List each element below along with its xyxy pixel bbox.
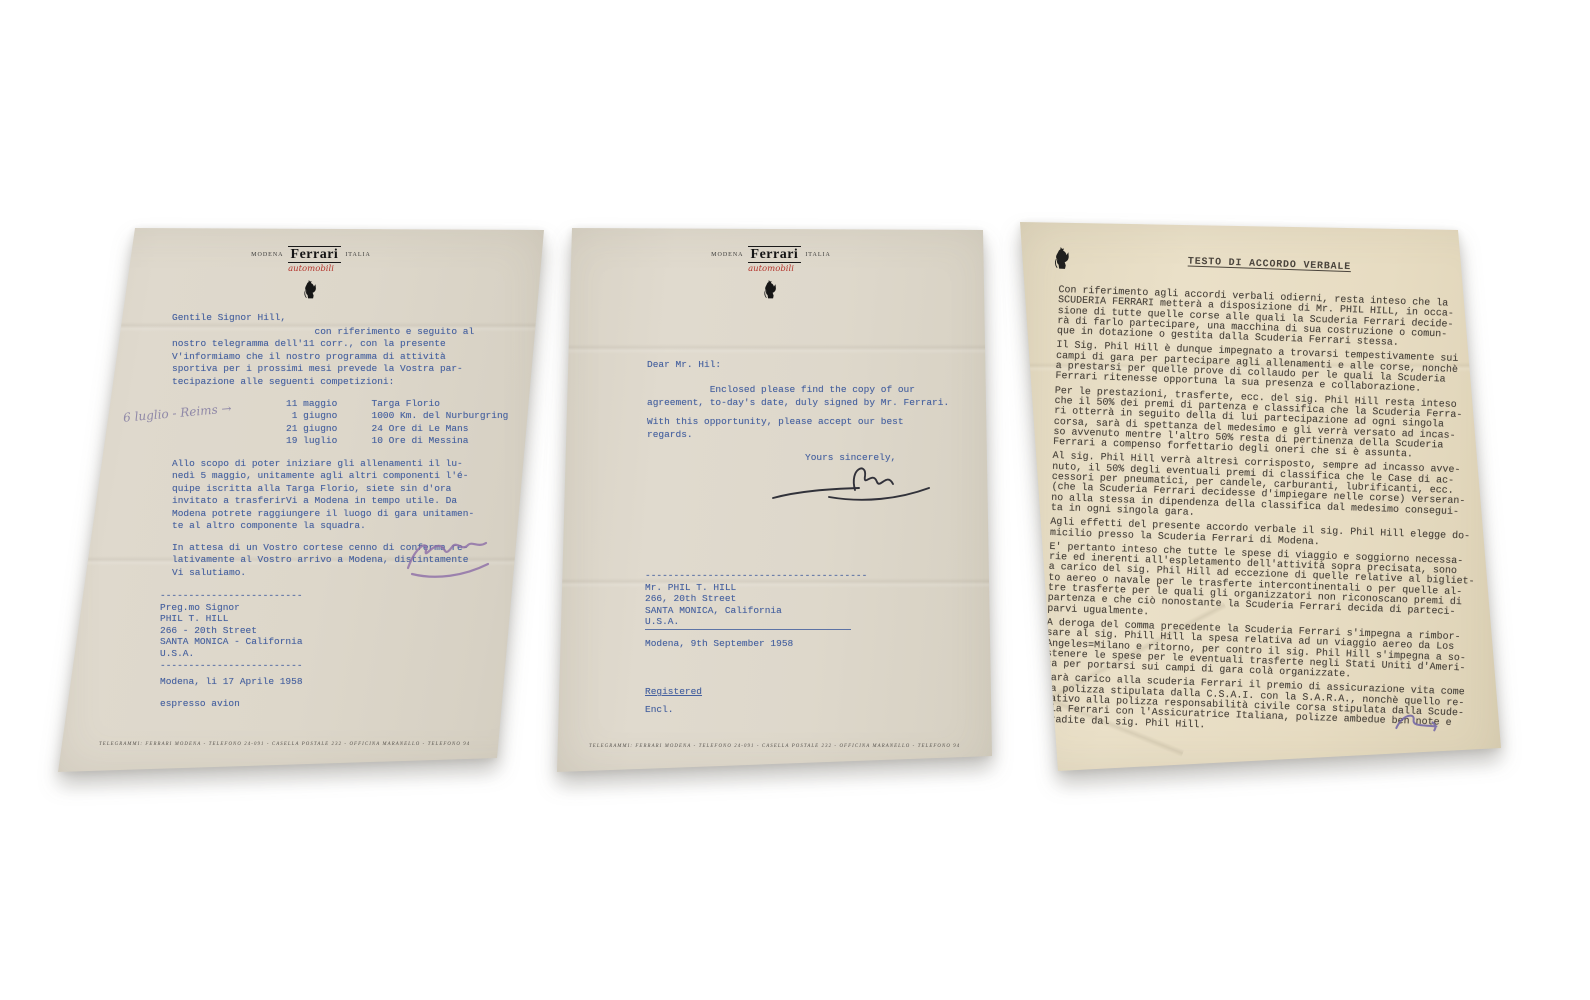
verbal-agreement-sheet: TESTO DI ACCORDO VERBALE Con riferimento… xyxy=(1020,222,1502,772)
prancing-horse-icon xyxy=(1053,244,1074,271)
letter-april-1958-sheet: MODENA Ferrari ITALIA automobili Gentile… xyxy=(57,226,546,772)
prancing-horse-icon xyxy=(303,277,320,300)
paragraph-3: Per le prestazioni, trasferte, ecc. del … xyxy=(1053,387,1477,463)
paragraph-intro: con riferimento e seguito al nostro tele… xyxy=(172,326,474,388)
agreement-content: TESTO DI ACCORDO VERBALE Con riferimento… xyxy=(1060,244,1482,259)
dateline: Modena, li 17 Aprile 1958 xyxy=(160,676,303,688)
prancing-horse-icon xyxy=(763,277,780,300)
recipient-address-block: ------------------------- Preg.mo Signor… xyxy=(160,590,303,671)
verbal-agreement-document: TESTO DI ACCORDO VERBALE Con riferimento… xyxy=(1020,222,1502,772)
registered-label: Registered xyxy=(645,686,702,699)
recipient-address-block: --------------------------------------- … xyxy=(645,570,867,628)
paragraph-travel: Allo scopo di poter iniziare gli allenam… xyxy=(172,458,474,532)
letterhead-country-label: ITALIA xyxy=(805,252,831,258)
typed-rule xyxy=(645,629,851,630)
automobili-label: automobili xyxy=(250,264,372,274)
letterhead-footer: TELEGRAMMI: FERRARI MODENA - TELEFONO 24… xyxy=(589,744,960,749)
letterhead-city-label: MODENA xyxy=(251,252,283,258)
paragraph-4: Al sig. Phil Hill verrà altresì corrispo… xyxy=(1051,452,1475,528)
initials-signature xyxy=(1388,708,1444,738)
paragraph-enclosed: Enclosed please find the copy of our agr… xyxy=(647,384,949,409)
paragraph-regards: With this opportunity, please accept our… xyxy=(647,416,904,441)
paragraph-6: E' pertanto inteso che tutte le spese di… xyxy=(1047,543,1471,630)
document-title: TESTO DI ACCORDO VERBALE xyxy=(1119,254,1419,275)
ferrari-signature xyxy=(402,534,497,582)
ferrari-letterhead: MODENA Ferrari ITALIA automobili xyxy=(250,246,372,300)
agreement-paragraphs: Con riferimento agli accordi verbali odi… xyxy=(1043,286,1480,744)
postscript-espresso-avion: espresso avion xyxy=(160,698,240,710)
letterhead-country-label: ITALIA xyxy=(345,252,371,258)
letterhead-footer: TELEGRAMMI: FERRARI MODENA - TELEFONO 24… xyxy=(99,742,470,747)
letter-september-1958-sheet: MODENA Ferrari ITALIA automobili Dear Mr… xyxy=(557,226,993,774)
ferrari-letterhead: MODENA Ferrari ITALIA automobili xyxy=(710,246,832,300)
ferrari-brand-wordmark: Ferrari xyxy=(748,246,802,263)
dateline: Modena, 9th September 1958 xyxy=(645,638,793,651)
letter-september-1958: MODENA Ferrari ITALIA automobili Dear Mr… xyxy=(557,226,993,774)
salutation: Gentile Signor Hill, xyxy=(172,312,286,324)
letter-april-1958: MODENA Ferrari ITALIA automobili Gentile… xyxy=(57,226,546,772)
salutation: Dear Mr. Hil: xyxy=(647,359,721,372)
paper-crease xyxy=(557,344,993,354)
letterhead-city-label: MODENA xyxy=(711,252,743,258)
ferrari-ink-signature xyxy=(769,458,934,508)
ferrari-brand-wordmark: Ferrari xyxy=(288,246,342,263)
enclosure-label: Encl. xyxy=(645,704,674,717)
photo-canvas: { "photo_background": "#ffffff", "colors… xyxy=(0,0,1590,1000)
automobili-label: automobili xyxy=(710,264,832,274)
